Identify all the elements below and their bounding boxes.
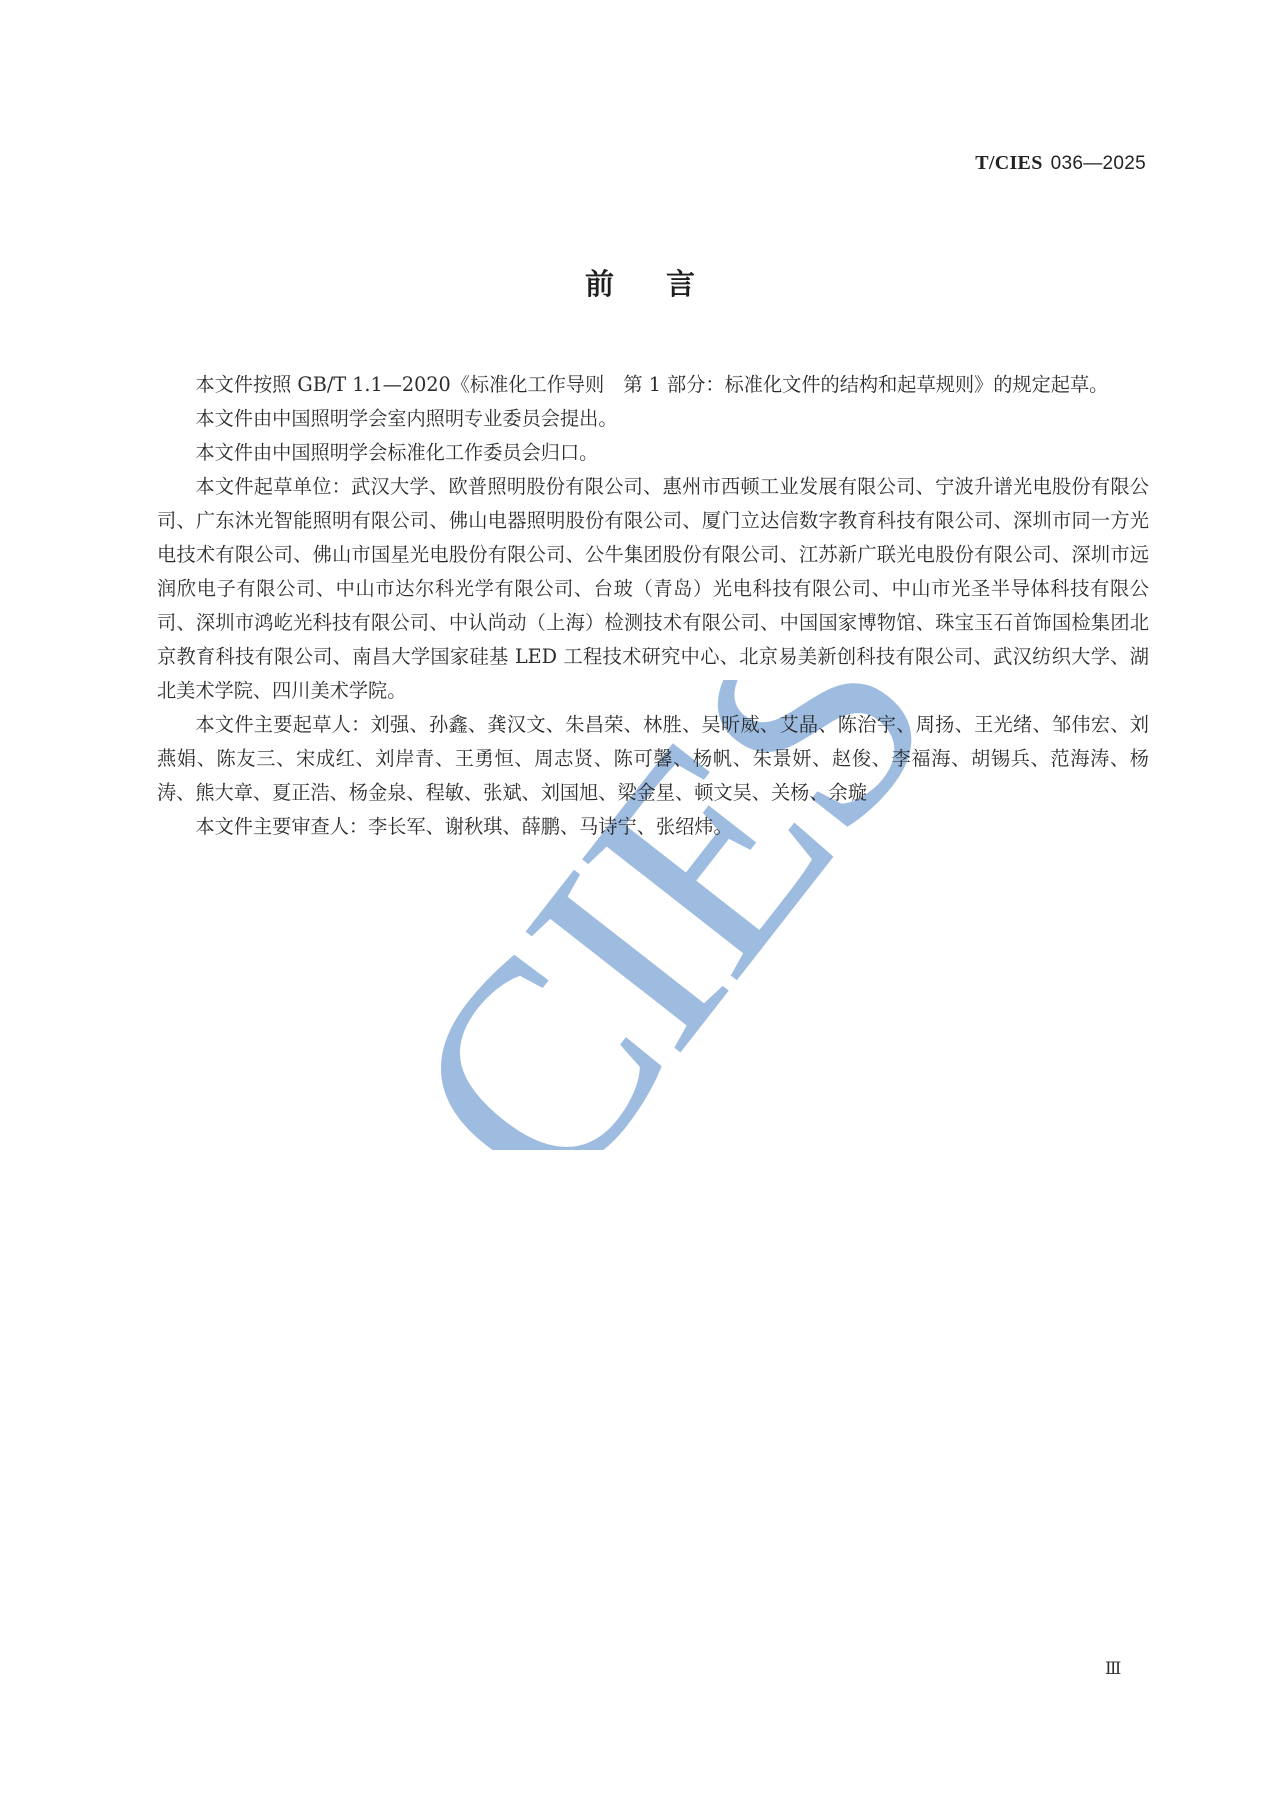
paragraph-proposed-by: 本文件由中国照明学会室内照明专业委员会提出。 (157, 402, 1149, 436)
document-page: T/CIES036—2025 前言 CIES 本文件按照 GB/T 1.1—20… (0, 0, 1280, 1810)
foreword-body: 本文件按照 GB/T 1.1—2020《标准化工作导则 第 1 部分：标准化文件… (157, 368, 1149, 844)
paragraph-drafting-units: 本文件起草单位：武汉大学、欧普照明股份有限公司、惠州市西顿工业发展有限公司、宁波… (157, 470, 1149, 708)
page-title: 前言 (0, 262, 1280, 303)
paragraph-main-reviewers: 本文件主要审查人：李长军、谢秋琪、薛鹏、马诗宁、张绍炜。 (157, 810, 1149, 844)
paragraph-drafting-rules: 本文件按照 GB/T 1.1—2020《标准化工作导则 第 1 部分：标准化文件… (157, 368, 1149, 402)
standard-number: 036—2025 (1051, 153, 1146, 174)
page-number: Ⅲ (1105, 1659, 1121, 1679)
paragraph-main-drafters: 本文件主要起草人：刘强、孙鑫、龚汉文、朱昌荣、林胜、吴昕威、艾晶、陈治宇、周扬、… (157, 708, 1149, 810)
standard-prefix: T/CIES (975, 152, 1042, 174)
paragraph-under-jurisdiction: 本文件由中国照明学会标准化工作委员会归口。 (157, 436, 1149, 470)
standard-code: T/CIES036—2025 (975, 152, 1146, 175)
